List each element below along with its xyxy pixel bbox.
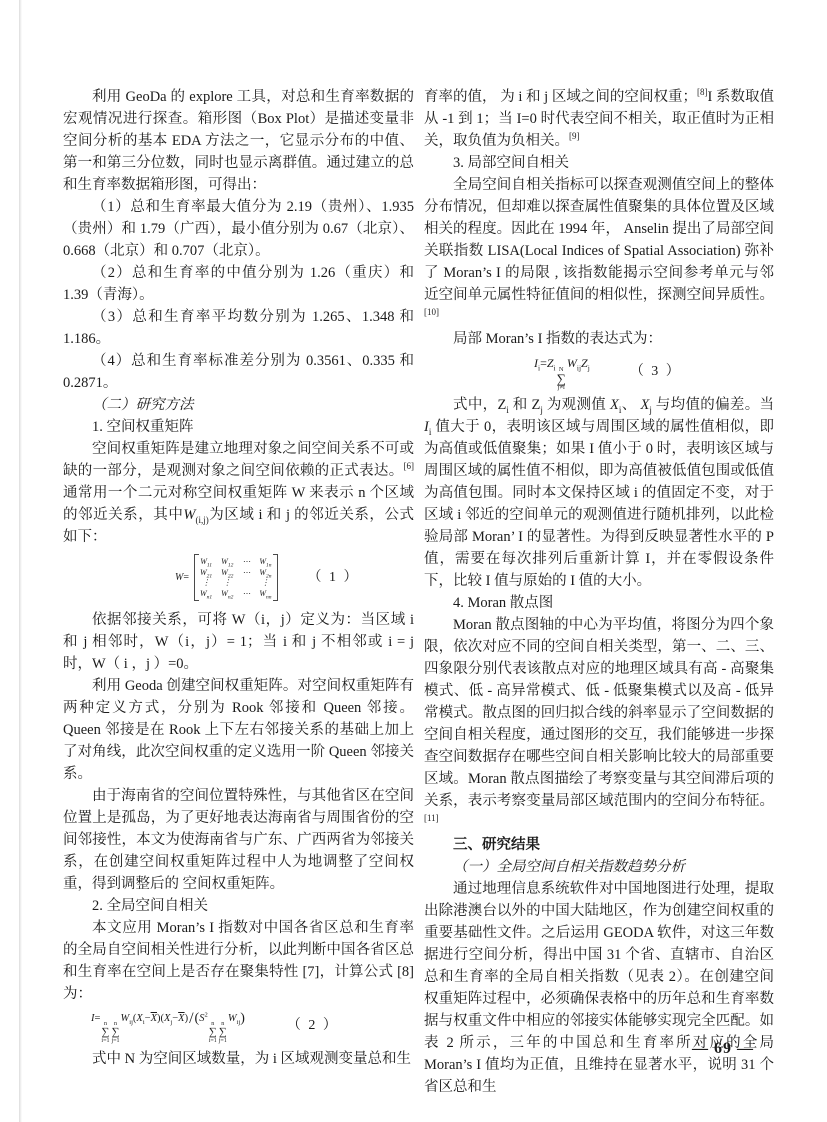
paragraph-rook-queen: 利用 Geoda 创建空间权重矩阵。对空间权重矩阵有两种定义方式，分别为 Roo…: [63, 675, 414, 785]
paragraph-morans-i-intro: 本文应用 Moran’s I 指数对中国各省区总和生育率的全局自空间相关性进行分…: [63, 917, 414, 1005]
equation-3: Ii=ZiN∑j≠iWijZj（ 3 ）: [424, 352, 774, 391]
scan-edge-shadow: [19, 0, 22, 1122]
matrix-cell: W1n: [259, 557, 271, 567]
matrix-cell: ⋯: [242, 557, 250, 567]
paragraph-finding-4: （4）总和生育率标准差分别为 0.3561、0.335 和 0.2871。: [63, 350, 414, 394]
equation-label: （ 3 ）: [630, 361, 682, 383]
equation-2: I=n∑i=1n∑j=1Wij(Xi−X)(Xj−X)/(S2n∑i=1n∑j=…: [63, 1008, 414, 1044]
paragraph-finding-2: （2）总和生育率的中值分别为 1.26（重庆）和 1.39（青海）。: [63, 262, 414, 306]
paragraph-formula3-explain: 式中，Zi 和 Zj 为观测值 Xi、 Xj 与均值的偏差。当 Ii 值大于 0…: [424, 394, 774, 592]
equation-label: （ 2 ）: [287, 1015, 339, 1037]
heading-research-results: 三、研究结果: [424, 834, 774, 856]
paragraph-local-moran-lead: 局部 Moran’s I 指数的表达式为：: [424, 328, 774, 350]
matrix-cell: W2n: [259, 568, 271, 578]
paragraph-boxplot-intro: 利用 GeoDa 的 explore 工具，对总和生育率数据的宏观情况进行探查。…: [63, 86, 414, 196]
heading-moran-scatterplot: 4. Moran 散点图: [424, 592, 774, 614]
matrix-cell: Wn1: [200, 589, 212, 599]
paragraph-geoda-results: 通过地理信息系统软件对中国地图进行处理，提取出除港澳台以外的中国大陆地区，作为创…: [424, 878, 774, 1098]
paragraph-formula2-explain-cont: 育率的值， 为 i 和 j 区域之间的空间权重；[8]I 系数取值从 -1 到 …: [424, 86, 774, 152]
equation-1: W=W11W12⋯W1nW21W22⋯W2n⋮⋮⋮Wn1Wn2⋯Wnn（ 1 ）: [63, 554, 414, 601]
paragraph-finding-1: （1）总和生育率最大值分为 2.19（贵州）、1.935（贵州）和 1.79（广…: [63, 196, 414, 262]
matrix-cell: W22: [221, 568, 233, 578]
heading-global-trend-analysis: （一）全局空间自相关指数趋势分析: [424, 856, 774, 878]
paragraph-weight-matrix: 空间权重矩阵是建立地理对象之间空间关系不可或缺的一部分，是观测对象之间空间依赖的…: [63, 438, 414, 548]
weight-matrix: W11W12⋯W1nW21W22⋯W2n⋮⋮⋮Wn1Wn2⋯Wnn: [194, 554, 278, 601]
equation-label: （ 1 ）: [308, 567, 360, 589]
paragraph-lisa: 全局空间自相关指标可以探查观测值空间上的整体分布情况，但却难以探查属性值聚集的具…: [424, 174, 774, 328]
paragraph-hainan-adjustment: 由于海南省的空间位置特殊性，与其他省区在空间位置上是孤岛，为了更好地表达海南省与…: [63, 785, 414, 895]
matrix-cell: ⋮: [221, 578, 233, 588]
matrix-cell: [242, 578, 250, 588]
heading-global-autocorrelation: 2. 全局空间自相关: [63, 895, 414, 917]
matrix-lhs: W=: [175, 567, 189, 589]
heading-local-autocorrelation: 3. 局部空间自相关: [424, 152, 774, 174]
document-page: 利用 GeoDa 的 explore 工具，对总和生育率数据的宏观情况进行探查。…: [0, 0, 827, 1122]
page-number: — 69 —: [424, 1040, 774, 1058]
matrix-cell: W21: [200, 568, 212, 578]
matrix-cell: W11: [200, 557, 212, 567]
matrix-cell: ⋮: [259, 578, 271, 588]
matrix-group: W=W11W12⋯W1nW21W22⋯W2n⋮⋮⋮Wn1Wn2⋯Wnn: [175, 554, 278, 601]
equation-body: Ii=ZiN∑j≠iWijZj: [534, 352, 590, 391]
left-column: 利用 GeoDa 的 explore 工具，对总和生育率数据的宏观情况进行探查。…: [63, 86, 414, 1070]
paragraph-formula2-explain: 式中 N 为空间区域数量，为 i 区域观测变量总和生: [63, 1048, 414, 1070]
matrix-cell: Wn2: [221, 589, 233, 599]
heading-research-methods: （二）研究方法: [63, 394, 414, 416]
equation-body: I=n∑i=1n∑j=1Wij(Xi−X)(Xj−X)/(S2n∑i=1n∑j=…: [91, 1008, 245, 1044]
matrix-cell: Wnn: [259, 589, 271, 599]
paragraph-moran-scatterplot: Moran 散点图轴的中心为平均值，将图分为四个象限，依次对应不同的空间自相关类…: [424, 614, 774, 834]
matrix-cell: ⋯: [242, 589, 250, 599]
matrix-cell: ⋯: [242, 568, 250, 578]
matrix-cell: W12: [221, 557, 233, 567]
matrix-cell: ⋮: [200, 578, 212, 588]
right-column: 育率的值， 为 i 和 j 区域之间的空间权重；[8]I 系数取值从 -1 到 …: [424, 86, 774, 1098]
heading-spatial-weight-matrix: 1. 空间权重矩阵: [63, 416, 414, 438]
paragraph-wij-definition: 依据邻接关系，可将 W（i，j）定义为：当区域 i 和 j 相邻时，W（i，j）…: [63, 609, 414, 675]
paragraph-finding-3: （3）总和生育率平均数分别为 1.265、1.348 和 1.186。: [63, 306, 414, 350]
